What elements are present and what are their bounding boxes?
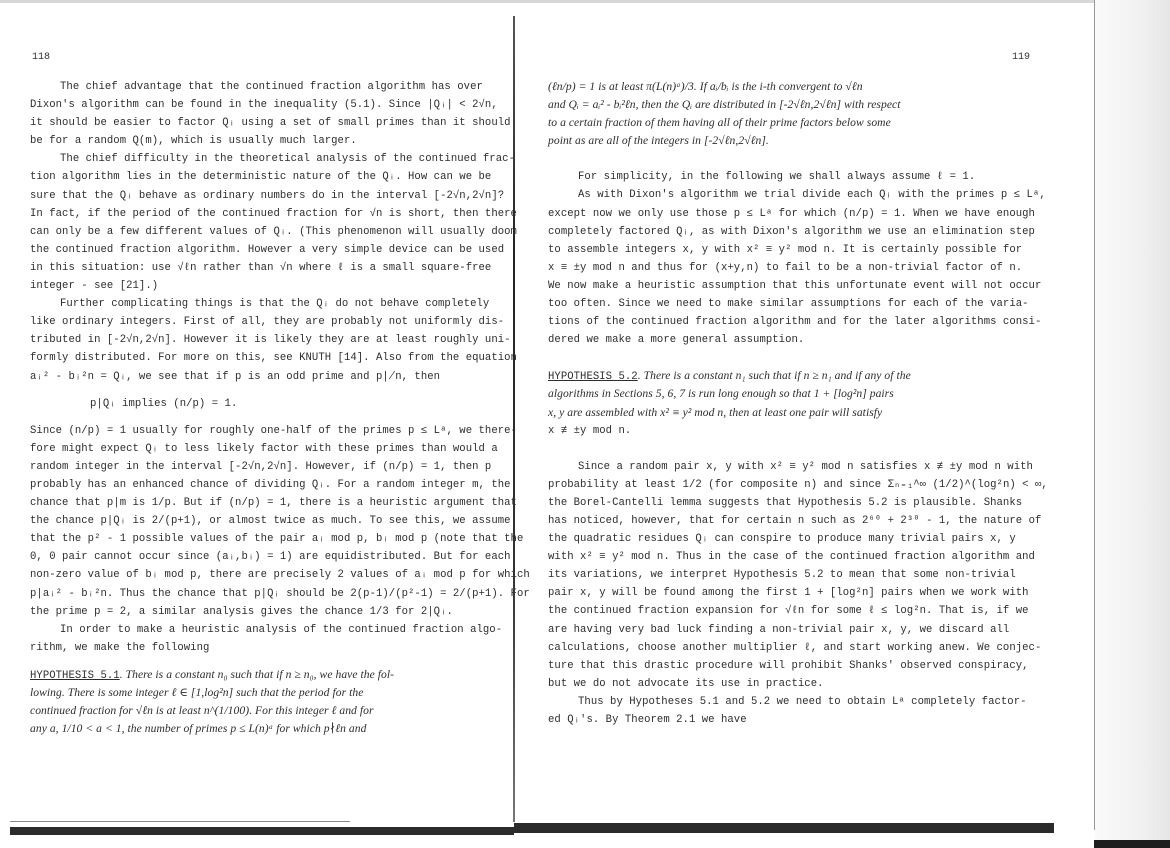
text-line: p|Qᵢ implies (n/p) = 1. bbox=[30, 395, 492, 413]
text-line: in this situation: use √ℓn rather than √… bbox=[30, 259, 492, 277]
page-number-right: 119 bbox=[1012, 52, 1030, 63]
text-line: Since a random pair x, y with x² ≡ y² mo… bbox=[548, 458, 1018, 476]
right-paragraphs-a: For simplicity, in the following we shal… bbox=[548, 168, 1018, 349]
text-line: 0, 0 pair cannot occur since (aᵢ,bᵢ) = 1… bbox=[30, 548, 492, 566]
text-line: For simplicity, in the following we shal… bbox=[548, 168, 1018, 186]
spacer bbox=[30, 413, 492, 422]
text-line: tions of the continued fraction algorith… bbox=[548, 313, 1018, 331]
text-line: chance that p|m is 1/p. But if (n/p) = 1… bbox=[30, 494, 492, 512]
hypothesis-5-2-label: HYPOTHESIS 5.2 bbox=[548, 371, 638, 383]
text-line: the continued fraction algorithm. Howeve… bbox=[30, 241, 492, 259]
text-line: aᵢ² - bᵢ²n = Qᵢ, we see that if p is an … bbox=[30, 368, 492, 386]
text-line: ed Qᵢ's. By Theorem 2.1 we have bbox=[548, 711, 1018, 729]
text-line: The chief difficulty in the theoretical … bbox=[30, 150, 492, 168]
text-line: dered we make a more general assumption. bbox=[548, 331, 1018, 349]
text-line: too often. Since we need to make similar… bbox=[548, 295, 1018, 313]
text-line: the Borel-Cantelli lemma suggests that H… bbox=[548, 494, 1018, 512]
right-page-body: (ℓn/p) = 1 is at least π(L(n)ᵃ)/3. If aᵢ… bbox=[548, 78, 1018, 729]
spacer bbox=[548, 150, 1018, 168]
text-line: completely factored Qᵢ, as with Dixon's … bbox=[548, 223, 1018, 241]
hypothesis-text: continued fraction for √ℓn is at least n… bbox=[30, 702, 492, 720]
text-line: tributed in [-2√n,2√n]. However it is li… bbox=[30, 331, 492, 349]
hypothesis-text: and Qᵢ = aᵢ² - bᵢ²ℓn, then the Qᵢ are di… bbox=[548, 96, 1018, 114]
hypothesis-text: algorithms in Sections 5, 6, 7 is run lo… bbox=[548, 385, 1018, 403]
left-page-body: The chief advantage that the continued f… bbox=[30, 78, 492, 738]
text-line: with x² ≡ y² mod n. Thus in the case of … bbox=[548, 548, 1018, 566]
text-line: random integer in the interval [-2√n,2√n… bbox=[30, 458, 492, 476]
text-line: Thus by Hypotheses 5.1 and 5.2 we need t… bbox=[548, 693, 1018, 711]
hypothesis-text: (ℓn/p) = 1 is at least π(L(n)ᵃ)/3. If aᵢ… bbox=[548, 78, 1018, 96]
text-line: pair x, y will be found among the first … bbox=[548, 584, 1018, 602]
text-line: can only be a few different values of Qᵢ… bbox=[30, 223, 492, 241]
text-line: x ≡ ±y mod n and thus for (x+y,n) to fai… bbox=[548, 259, 1018, 277]
text-line: sure that the Qᵢ behave as ordinary numb… bbox=[30, 187, 492, 205]
spacer bbox=[548, 349, 1018, 367]
text-line: has noticed, however, that for certain n… bbox=[548, 512, 1018, 530]
scan-bottom-shadow-far bbox=[1094, 840, 1170, 848]
text-line: In fact, if the period of the continued … bbox=[30, 205, 492, 223]
text-line: are having very bad luck finding a non-t… bbox=[548, 621, 1018, 639]
text-line: p|aᵢ² - bᵢ²n. Thus the chance that p|Qᵢ … bbox=[30, 585, 492, 603]
text-line: like ordinary integers. First of all, th… bbox=[30, 313, 492, 331]
hypothesis-text: lowing. There is some integer ℓ ∈ [1,log… bbox=[30, 684, 492, 702]
left-paragraphs: The chief advantage that the continued f… bbox=[30, 78, 492, 666]
scan-bottom-shadow-left bbox=[10, 827, 514, 835]
page-number-left: 118 bbox=[32, 52, 50, 63]
hypothesis-text: . There is a constant n₁ such that if n … bbox=[638, 369, 911, 382]
text-line: the quadratic residues Qᵢ can conspire t… bbox=[548, 530, 1018, 548]
text-line: probability at least 1/2 (for composite … bbox=[548, 476, 1018, 494]
hypothesis-text: point as are all of the integers in [-2√… bbox=[548, 132, 1018, 150]
text-line: ture that this drastic procedure will pr… bbox=[548, 657, 1018, 675]
hypothesis-text: any a, 1/10 < a < 1, the number of prime… bbox=[30, 720, 492, 738]
text-line: Further complicating things is that the … bbox=[30, 295, 492, 313]
hypothesis-5-1-label: HYPOTHESIS 5.1 bbox=[30, 670, 120, 682]
text-line: integer - see [21].) bbox=[30, 277, 492, 295]
text-line: probably has an enhanced chance of divid… bbox=[30, 476, 492, 494]
text-line: to assemble integers x, y with x² ≡ y² m… bbox=[548, 241, 1018, 259]
spacer bbox=[548, 440, 1018, 458]
hypothesis-text: x ≢ ±y mod n. bbox=[548, 422, 1018, 440]
hypothesis-5-1-line: HYPOTHESIS 5.1. There is a constant n₀ s… bbox=[30, 666, 492, 684]
text-line: Since (n/p) = 1 usually for roughly one-… bbox=[30, 422, 492, 440]
text-line: fore might expect Qᵢ to less likely fact… bbox=[30, 440, 492, 458]
text-line: tion algorithm lies in the deterministic… bbox=[30, 168, 492, 186]
hypothesis-5-2-line: HYPOTHESIS 5.2. There is a constant n₁ s… bbox=[548, 367, 1018, 385]
text-line: Dixon's algorithm can be found in the in… bbox=[30, 96, 492, 114]
text-line: but we do not advocate its use in practi… bbox=[548, 675, 1018, 693]
text-line: its variations, we interpret Hypothesis … bbox=[548, 566, 1018, 584]
text-line: be for a random Q(m), which is usually m… bbox=[30, 132, 492, 150]
text-line: rithm, we make the following bbox=[30, 639, 492, 657]
text-line: the prime p = 2, a similar analysis give… bbox=[30, 603, 492, 621]
text-line: As with Dixon's algorithm we trial divid… bbox=[548, 186, 1018, 204]
spacer bbox=[30, 386, 492, 395]
text-line: the chance p|Qᵢ is 2/(p+1), or almost tw… bbox=[30, 512, 492, 530]
text-line: formly distributed. For more on this, se… bbox=[30, 349, 492, 367]
left-page: 118 The chief advantage that the continu… bbox=[0, 0, 514, 848]
text-line: the continued fraction expansion for √ℓn… bbox=[548, 602, 1018, 620]
scan-bottom-shadow-right bbox=[514, 823, 1054, 833]
text-line: non-zero value of bᵢ mod p, there are pr… bbox=[30, 566, 492, 584]
right-paragraphs-b: Since a random pair x, y with x² ≡ y² mo… bbox=[548, 458, 1018, 729]
scan-bottom-line bbox=[10, 821, 350, 822]
text-line: except now we only use those p ≤ Lᵃ for … bbox=[548, 205, 1018, 223]
text-line: that the p² - 1 possible values of the p… bbox=[30, 530, 492, 548]
scan-margin-right bbox=[1095, 0, 1170, 848]
hypothesis-text: to a certain fraction of them having all… bbox=[548, 114, 1018, 132]
hypothesis-text: . There is a constant n₀ such that if n … bbox=[120, 668, 394, 681]
text-line: The chief advantage that the continued f… bbox=[30, 78, 492, 96]
text-line: it should be easier to factor Qᵢ using a… bbox=[30, 114, 492, 132]
spacer bbox=[30, 657, 492, 666]
text-line: In order to make a heuristic analysis of… bbox=[30, 621, 492, 639]
hypothesis-text: x, y are assembled with x² ≡ y² mod n, t… bbox=[548, 404, 1018, 422]
text-line: We now make a heuristic assumption that … bbox=[548, 277, 1018, 295]
text-line: calculations, choose another multiplier … bbox=[548, 639, 1018, 657]
